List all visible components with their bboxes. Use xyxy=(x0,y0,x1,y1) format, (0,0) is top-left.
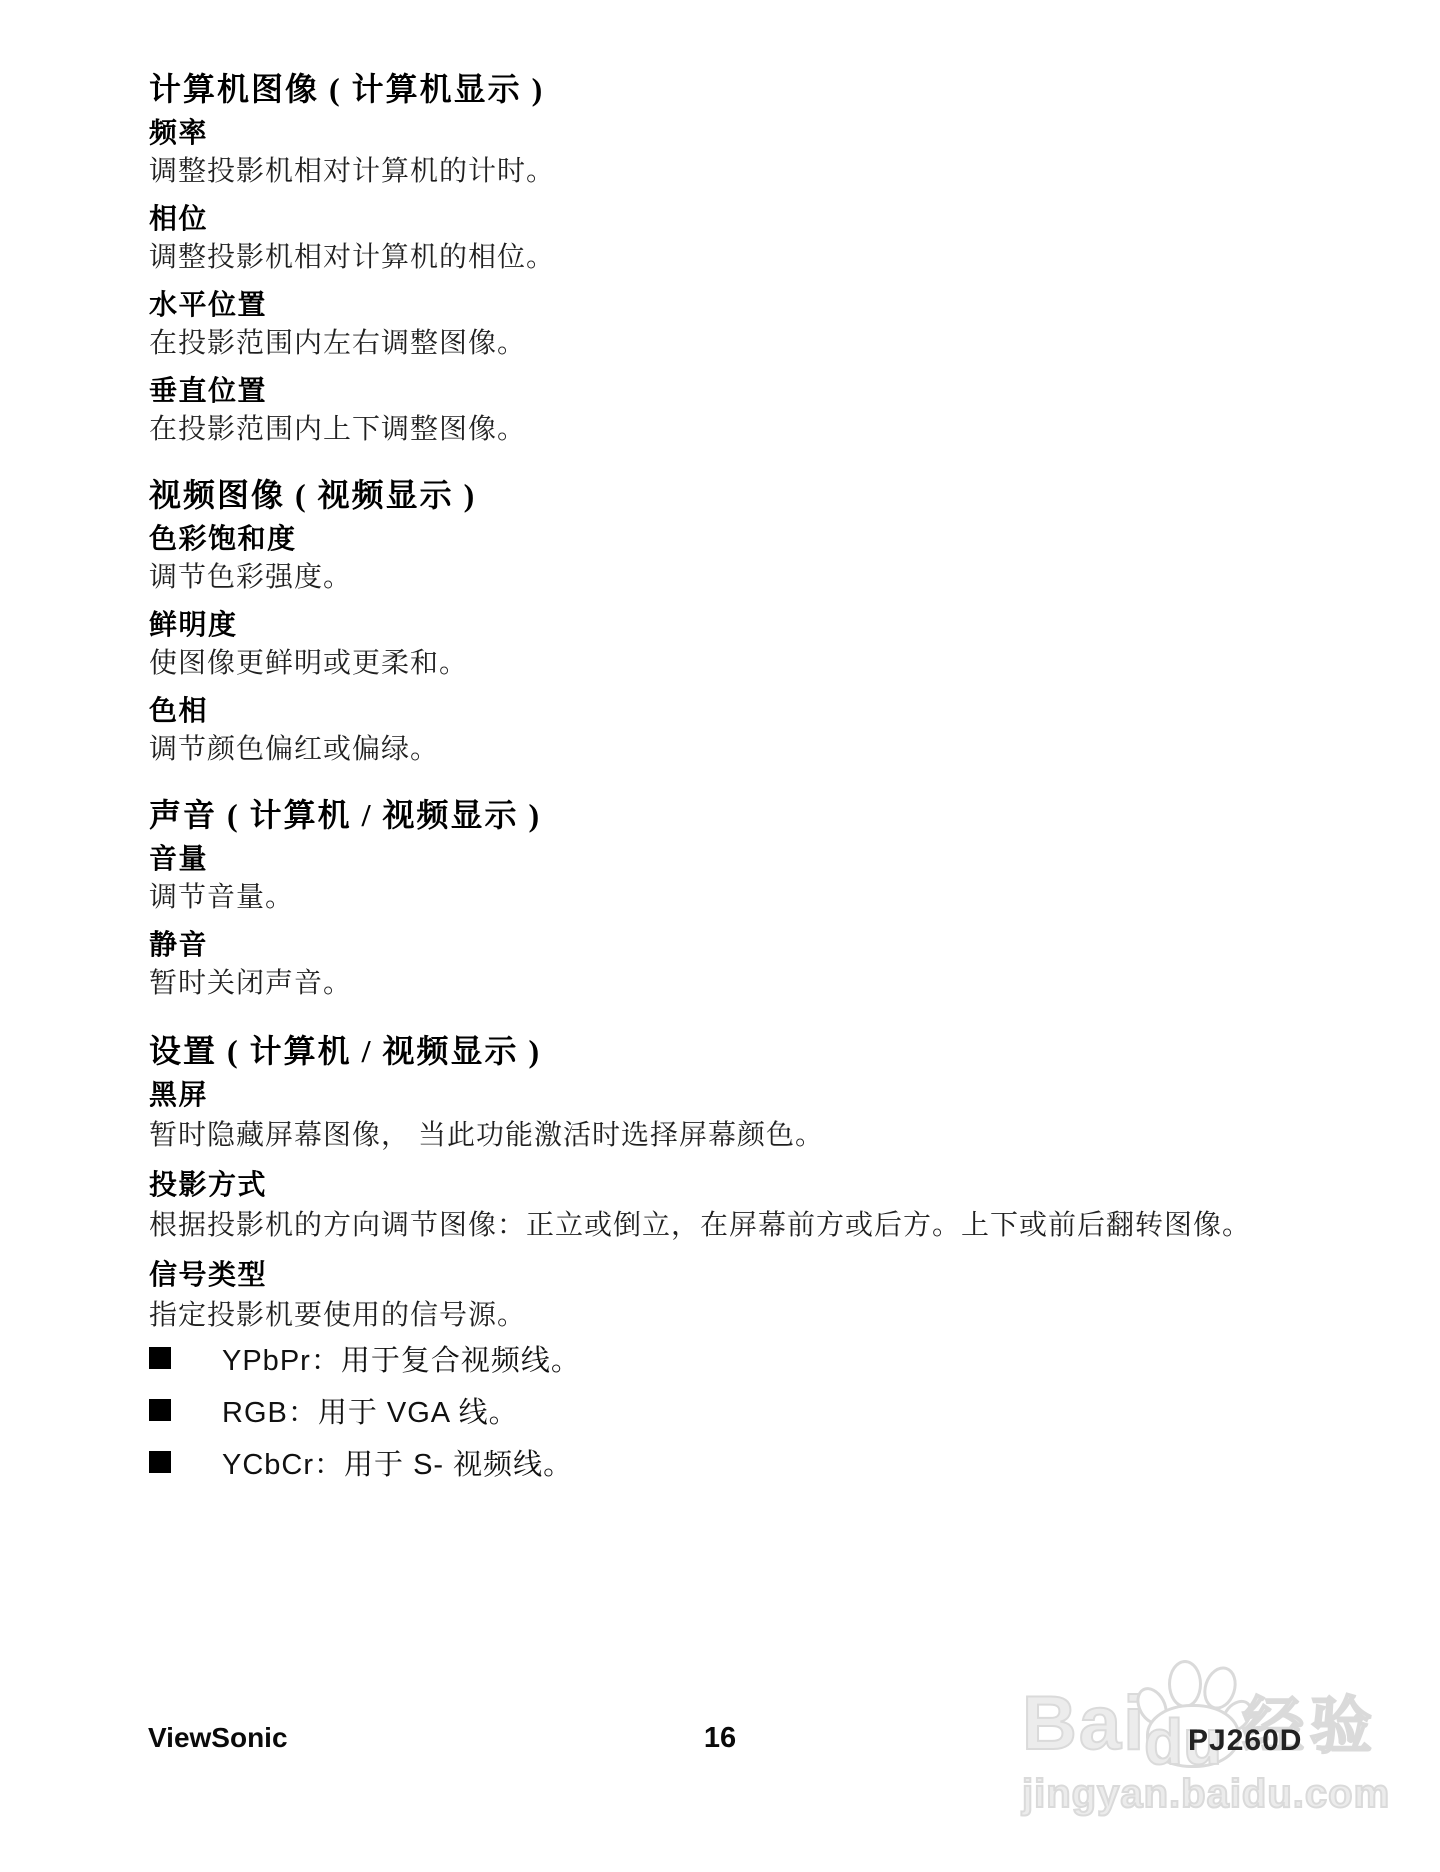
item-desc: 在投影范围内上下调整图像。 xyxy=(149,413,1380,447)
item-term: 黑屏 xyxy=(149,1079,1380,1113)
item-term: 投影方式 xyxy=(149,1169,1380,1203)
item-term: 鲜明度 xyxy=(149,609,1380,643)
item-desc: 调节音量。 xyxy=(149,881,1380,915)
item-desc: 指定投影机要使用的信号源。 xyxy=(149,1299,1380,1333)
item-term: 信号类型 xyxy=(149,1259,1380,1293)
item-desc: 调整投影机相对计算机的相位。 xyxy=(149,241,1380,275)
item-desc: 调节颜色偏红或偏绿。 xyxy=(149,733,1380,767)
item-desc: 使图像更鲜明或更柔和。 xyxy=(149,647,1380,681)
footer-model-number: PJ260D xyxy=(1188,1724,1302,1758)
bullet-square-icon xyxy=(149,1347,171,1369)
section-video-image: 视频图像 ( 视频显示 ) 色彩饱和度 调节色彩强度。 鲜明度 使图像更鲜明或更… xyxy=(149,475,1380,767)
section-heading: 设置 ( 计算机 / 视频显示 ) xyxy=(149,1031,1380,1071)
item-term: 垂直位置 xyxy=(149,375,1380,409)
item-desc: 在投影范围内左右调整图像。 xyxy=(149,327,1380,361)
bullet-text: RGB：用于 VGA 线。 xyxy=(222,1390,519,1431)
section-sound: 声音 ( 计算机 / 视频显示 ) 音量 调节音量。 静音 暂时关闭声音。 xyxy=(149,795,1380,1001)
section-heading: 计算机图像 ( 计算机显示 ) xyxy=(149,69,1380,109)
item-term: 静音 xyxy=(149,929,1380,963)
item-term: 音量 xyxy=(149,843,1380,877)
item-term: 色相 xyxy=(149,695,1380,729)
item-desc: 调整投影机相对计算机的计时。 xyxy=(149,155,1380,189)
item-desc: 暂时隐藏屏幕图像， 当此功能激活时选择屏幕颜色。 xyxy=(149,1119,1380,1153)
page-content: 计算机图像 ( 计算机显示 ) 频率 调整投影机相对计算机的计时。 相位 调整投… xyxy=(0,0,1440,1479)
item-term: 频率 xyxy=(149,117,1380,151)
item-term: 相位 xyxy=(149,203,1380,237)
manual-page: 计算机图像 ( 计算机显示 ) 频率 调整投影机相对计算机的计时。 相位 调整投… xyxy=(0,0,1440,1872)
item-term: 色彩饱和度 xyxy=(149,523,1380,557)
section-setup: 设置 ( 计算机 / 视频显示 ) 黑屏 暂时隐藏屏幕图像， 当此功能激活时选择… xyxy=(149,1031,1380,1479)
bullet-text: YPbPr：用于复合视频线。 xyxy=(222,1338,581,1379)
item-desc: 根据投影机的方向调节图像：正立或倒立，在屏幕前方或后方。上下或前后翻转图像。 xyxy=(149,1209,1380,1243)
bullet-square-icon xyxy=(149,1451,171,1473)
bullet-item: YPbPr：用于复合视频线。 xyxy=(149,1341,1380,1375)
bullet-item: RGB：用于 VGA 线。 xyxy=(149,1393,1380,1427)
section-heading: 声音 ( 计算机 / 视频显示 ) xyxy=(149,795,1380,835)
bullet-text: YCbCr：用于 S- 视频线。 xyxy=(222,1442,573,1483)
bullet-item: YCbCr：用于 S- 视频线。 xyxy=(149,1445,1380,1479)
item-desc: 暂时关闭声音。 xyxy=(149,967,1380,1001)
item-term: 水平位置 xyxy=(149,289,1380,323)
section-heading: 视频图像 ( 视频显示 ) xyxy=(149,475,1380,515)
bullet-square-icon xyxy=(149,1399,171,1421)
watermark-url-text: jingyan.baidu.com xyxy=(1022,1772,1390,1816)
section-computer-image: 计算机图像 ( 计算机显示 ) 频率 调整投影机相对计算机的计时。 相位 调整投… xyxy=(149,69,1380,447)
item-desc: 调节色彩强度。 xyxy=(149,561,1380,595)
